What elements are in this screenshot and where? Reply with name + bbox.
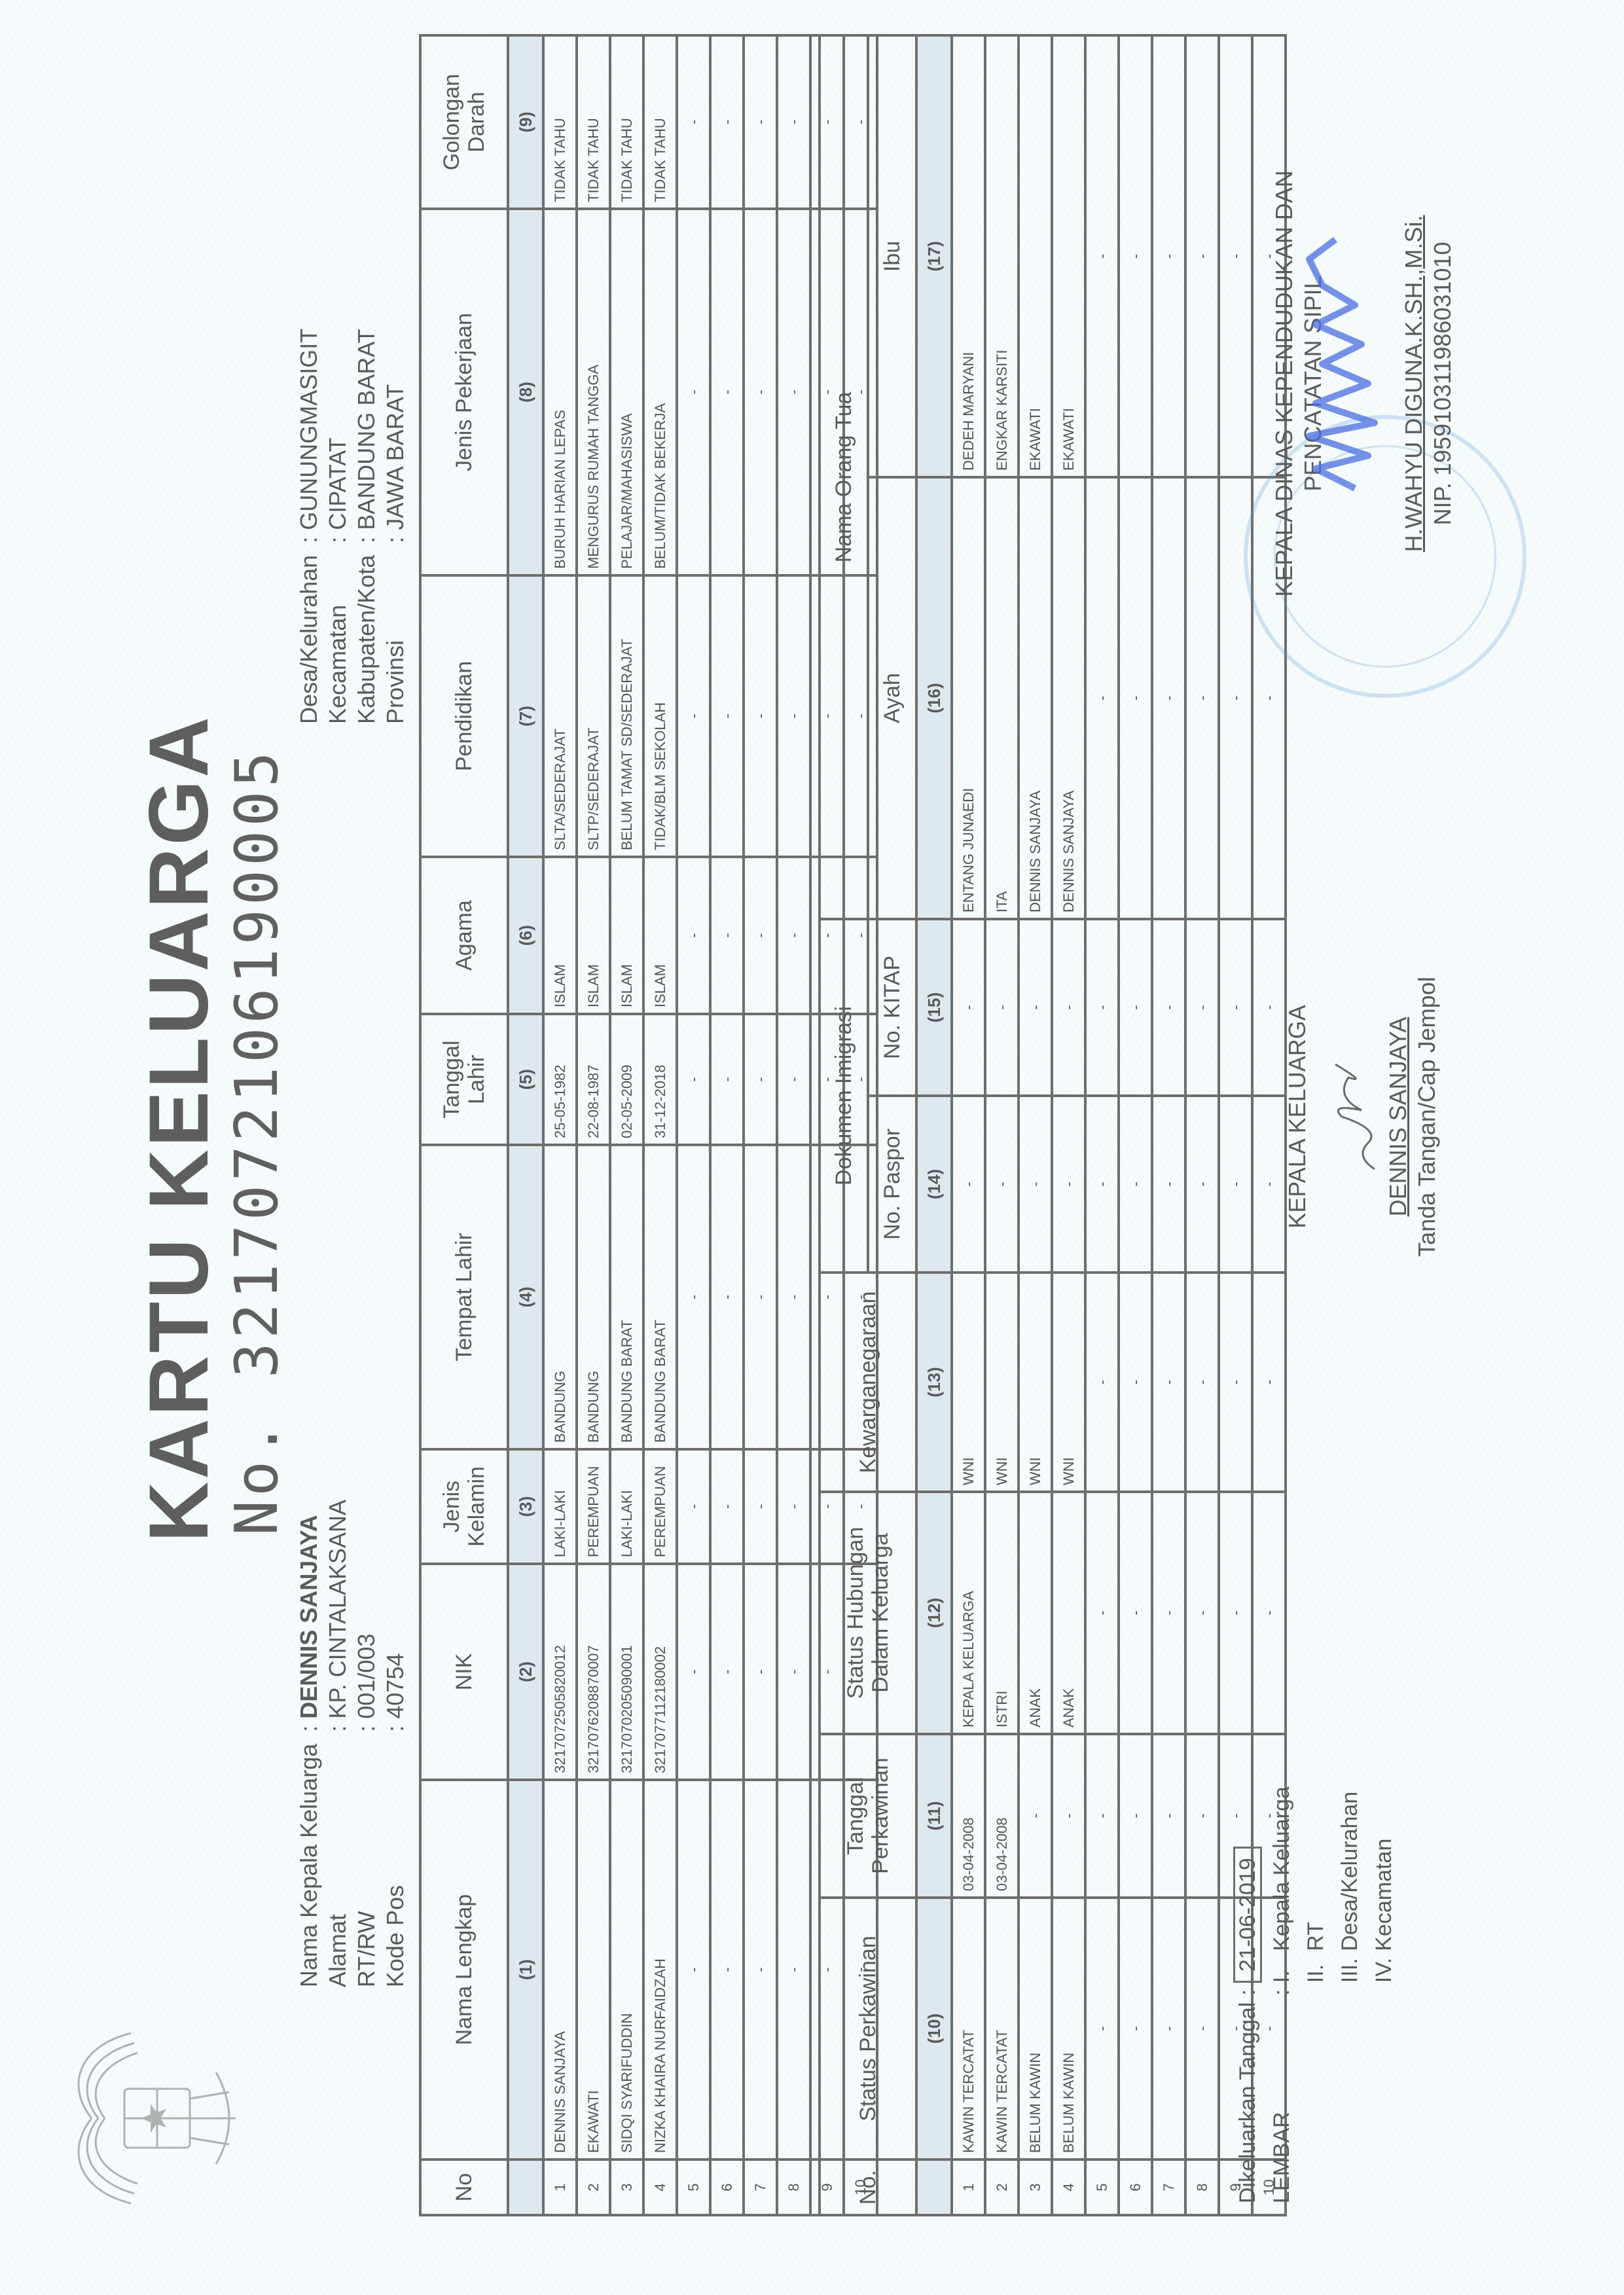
table-cell: -	[1185, 1096, 1219, 1273]
table-cell: 6	[710, 2159, 744, 2215]
table-cell: 3217076208870007	[577, 1564, 610, 1780]
info-label: Alamat	[323, 1739, 352, 1987]
table-cell: -	[710, 575, 744, 857]
table-cell: DENNIS SANJAYA	[1019, 477, 1052, 919]
table-row: 8--------	[1185, 35, 1219, 2215]
table-cell: -	[677, 209, 710, 575]
table-row: 5---------	[677, 35, 710, 2215]
table-cell: PEREMPUAN	[643, 1449, 677, 1564]
info-label: Desa/Kelurahan	[295, 550, 323, 724]
table-cell: -	[1085, 919, 1119, 1096]
info-value-provinsi: JAWA BARAT	[381, 323, 410, 530]
table-cell: 03-04-2008	[952, 1734, 985, 1898]
col-header: Status Perkawinan	[820, 1898, 916, 2159]
table-cell: TIDAK TAHU	[577, 35, 610, 209]
col-number: (1)	[508, 1780, 543, 2159]
table-cell: -	[710, 1014, 744, 1145]
table-cell: -	[744, 209, 777, 575]
col-number	[508, 2159, 543, 2215]
table-cell: ENTANG JUNAEDI	[952, 477, 985, 919]
table-cell: DENNIS SANJAYA	[1052, 477, 1085, 919]
info-label: Kode Pos	[381, 1739, 410, 1987]
table-cell: -	[1052, 919, 1085, 1096]
table-row: 5--------	[1085, 35, 1119, 2215]
table-cell: BANDUNG BARAT	[610, 1145, 643, 1449]
table-cell: PEREMPUAN	[577, 1449, 610, 1564]
table-cell: -	[744, 575, 777, 857]
col-number: (5)	[508, 1014, 543, 1145]
table-cell: -	[1019, 919, 1052, 1096]
table-cell: 02-05-2009	[610, 1014, 643, 1145]
table-cell: -	[1219, 1273, 1252, 1492]
table-cell: -	[952, 1096, 985, 1273]
table-cell: 8	[1185, 2159, 1219, 2215]
table-cell: -	[1219, 919, 1252, 1096]
col-number: (12)	[916, 1492, 952, 1734]
col-number: (10)	[916, 1898, 952, 2159]
table-cell: 3	[1019, 2159, 1052, 2215]
table-cell: -	[777, 575, 810, 857]
table-cell: 5	[677, 2159, 710, 2215]
official-name: H.WAHYU DIGUNA.K.SH.,M.Si.	[1399, 96, 1428, 672]
table-cell: -	[677, 1145, 710, 1449]
table-cell: -	[1185, 919, 1219, 1096]
table-cell: TIDAK TAHU	[643, 35, 677, 209]
group-header-dokumen: Dokumen Imigrasi	[820, 919, 868, 1273]
table-cell: -	[1119, 35, 1152, 477]
table-cell: -	[1085, 477, 1119, 919]
col-number: (4)	[508, 1145, 543, 1449]
table-cell: -	[1119, 1734, 1152, 1898]
table-cell: -	[744, 1449, 777, 1564]
table-row: 6--------	[1119, 35, 1152, 2215]
table-row: 1KAWIN TERCATAT03-04-2008KEPALA KELUARGA…	[952, 35, 985, 2215]
table-cell: 25-05-1982	[543, 1014, 577, 1145]
lembar-num: IV.	[1367, 1951, 1401, 1983]
col-header: Tanggal Lahir	[420, 1014, 508, 1145]
col-number: (8)	[508, 209, 543, 575]
table-cell: EKAWATI	[1019, 35, 1052, 477]
table-cell: MENGURUS RUMAH TANGGA	[577, 209, 610, 575]
family-head-title: KEPALA KELUARGA	[1283, 933, 1312, 1300]
col-header: Nama Lengkap	[420, 1780, 508, 2159]
table-cell: -	[985, 1096, 1019, 1273]
table-cell: -	[1152, 35, 1185, 477]
table-cell: -	[1019, 1096, 1052, 1273]
col-number	[916, 2159, 952, 2215]
table-cell: 3217070205090001	[610, 1564, 643, 1780]
table-cell: -	[1085, 1734, 1119, 1898]
official-handwritten-signature-icon	[1296, 233, 1394, 495]
col-header: Jenis Pekerjaan	[420, 209, 508, 575]
family-head-name: DENNIS SANJAYA	[1384, 933, 1413, 1300]
table-row: 3SIDQI SYARIFUDDIN3217070205090001LAKI-L…	[610, 35, 643, 2215]
table-cell: BANDUNG BARAT	[643, 1145, 677, 1449]
table-cell: -	[952, 919, 985, 1096]
table-cell: LAKI-LAKI	[610, 1449, 643, 1564]
table-cell: 4	[643, 2159, 677, 2215]
lembar-item: Kepala Keluarga	[1265, 1780, 1299, 1951]
lembar-item: Kecamatan	[1367, 1780, 1401, 1951]
table-cell: KAWIN TERCATAT	[952, 1898, 985, 2159]
table-cell: ANAK	[1019, 1492, 1052, 1734]
table-cell: -	[1019, 1734, 1052, 1898]
table-cell: -	[1185, 1273, 1219, 1492]
table-cell: 31-12-2018	[643, 1014, 677, 1145]
table-row: 3BELUM KAWIN-ANAKWNI--DENNIS SANJAYAEKAW…	[1019, 35, 1052, 2215]
table-cell: ISLAM	[610, 857, 643, 1014]
lembar-num: I.	[1265, 1951, 1299, 1983]
family-members-table: NoNama LengkapNIKJenis KelaminTempat Lah…	[419, 34, 878, 2216]
table-cell: ITA	[985, 477, 1019, 919]
document-title: KARTU KELUARGA	[131, 714, 227, 1542]
table-cell: -	[710, 1564, 744, 1780]
table-cell: -	[777, 1449, 810, 1564]
col-number: (2)	[508, 1564, 543, 1780]
table-cell: -	[1252, 1273, 1286, 1492]
table-cell: 7	[1152, 2159, 1185, 2215]
table-cell: WNI	[1019, 1273, 1052, 1492]
table-cell: -	[1152, 1898, 1185, 2159]
lembar-item: Desa/Kelurahan	[1333, 1780, 1367, 1951]
table-cell: -	[677, 1014, 710, 1145]
table-cell: -	[1085, 35, 1119, 477]
table-cell: 6	[1119, 2159, 1152, 2215]
table-cell: DEDEH MARYANI	[952, 35, 985, 477]
table-cell: 1	[952, 2159, 985, 2215]
table-cell: -	[677, 35, 710, 209]
table-cell: -	[677, 857, 710, 1014]
table-cell: BELUM KAWIN	[1052, 1898, 1085, 2159]
table-row: 4BELUM KAWIN-ANAKWNI--DENNIS SANJAYAEKAW…	[1052, 35, 1085, 2215]
table-cell: 22-08-1987	[577, 1014, 610, 1145]
table-cell: WNI	[985, 1273, 1019, 1492]
col-header: Agama	[420, 857, 508, 1014]
table-cell: 3217077112180002	[643, 1564, 677, 1780]
garuda-emblem-icon	[52, 2020, 268, 2216]
col-header: Ayah	[868, 477, 916, 919]
info-value-kecamatan: CIPATAT	[323, 323, 352, 530]
kartu-keluarga-document: KARTU KELUARGA No. 3217072106190005 Nama…	[0, 0, 1624, 2295]
lembar-item: RT	[1299, 1780, 1333, 1951]
table-cell: BELUM/TIDAK BEKERJA	[643, 209, 677, 575]
col-number: (14)	[916, 1096, 952, 1273]
col-header: Kewarganegaraan	[820, 1273, 916, 1492]
table-cell: BELUM KAWIN	[1019, 1898, 1052, 2159]
table-cell: EKAWATI	[1052, 35, 1085, 477]
info-value-rtrw: 001/003	[352, 1494, 381, 1719]
table-cell: PELAJAR/MAHASISWA	[610, 209, 643, 575]
table-cell: -	[744, 1014, 777, 1145]
table-cell: -	[1085, 1096, 1119, 1273]
col-header: NIK	[420, 1564, 508, 1780]
table-cell: SLTA/SEDERAJAT	[543, 575, 577, 857]
col-header: Status Hubungan Dalam Keluarga	[820, 1492, 916, 1734]
col-header: Tempat Lahir	[420, 1145, 508, 1449]
table-cell: -	[744, 1145, 777, 1449]
table-cell: TIDAK TAHU	[610, 35, 643, 209]
table-cell: DENNIS SANJAYA	[543, 1780, 577, 2159]
table-cell: BURUH HARIAN LEPAS	[543, 209, 577, 575]
table-cell: TIDAK TAHU	[543, 35, 577, 209]
table-cell: 3217072505820012	[543, 1564, 577, 1780]
table-row: 7---------	[744, 35, 777, 2215]
table-cell: -	[1152, 1734, 1185, 1898]
table-cell: TIDAK/BLM SEKOLAH	[643, 575, 677, 857]
table-cell: -	[710, 35, 744, 209]
table-cell: EKAWATI	[577, 1780, 610, 2159]
official-nip: NIP. 195910311986031010	[1428, 96, 1457, 672]
table-cell: 5	[1085, 2159, 1119, 2215]
info-value-address: KP. CINTALAKSANA	[323, 1494, 352, 1719]
info-label: Nama Kepala Keluarga	[295, 1739, 323, 1987]
info-value-postal: 40754	[381, 1494, 410, 1719]
table-cell: -	[1119, 1898, 1152, 2159]
col-header: Jenis Kelamin	[420, 1449, 508, 1564]
table-cell: 4	[1052, 2159, 1085, 2215]
table-cell: ISLAM	[577, 857, 610, 1014]
kk-number: No. 3217072106190005	[223, 748, 291, 1536]
table-cell: -	[1152, 919, 1185, 1096]
table-cell: -	[1185, 1898, 1219, 2159]
table-cell: BANDUNG	[543, 1145, 577, 1449]
table-cell: -	[1052, 1734, 1085, 1898]
table-cell: -	[744, 857, 777, 1014]
table-cell: -	[1185, 1734, 1219, 1898]
table-cell: -	[1085, 1492, 1119, 1734]
table-cell: -	[677, 1564, 710, 1780]
table-cell: -	[1152, 1096, 1185, 1273]
table-row: 8---------	[777, 35, 810, 2215]
table-cell: -	[1085, 1273, 1119, 1492]
col-number: (3)	[508, 1449, 543, 1564]
col-header: No	[420, 2159, 508, 2215]
table-cell: -	[1185, 35, 1219, 477]
col-number: (9)	[508, 35, 543, 209]
table-cell: -	[710, 209, 744, 575]
table-cell: ISTRI	[985, 1492, 1019, 1734]
col-header: Pendidikan	[420, 575, 508, 857]
col-number: (17)	[916, 35, 952, 477]
table-cell: -	[777, 209, 810, 575]
table-cell: ISLAM	[643, 857, 677, 1014]
table-cell: 2	[985, 2159, 1019, 2215]
household-info-left: Nama Kepala Keluarga:DENNIS SANJAYA Alam…	[295, 1494, 410, 1987]
table-cell: ANAK	[1052, 1492, 1085, 1734]
table-cell: -	[1152, 477, 1185, 919]
table-cell: -	[1119, 1096, 1152, 1273]
table-cell: -	[1219, 1492, 1252, 1734]
table-cell: KAWIN TERCATAT	[985, 1898, 1019, 2159]
table-cell: BANDUNG	[577, 1145, 610, 1449]
table-cell: -	[677, 575, 710, 857]
table-cell: -	[1152, 1492, 1185, 1734]
table-cell: -	[1185, 477, 1219, 919]
signature-caption: Tanda Tangan/Cap Jempol	[1413, 933, 1441, 1300]
table-row: 2KAWIN TERCATAT03-04-2008ISTRIWNI--ITAEN…	[985, 35, 1019, 2215]
table-row: 1DENNIS SANJAYA3217072505820012LAKI-LAKI…	[543, 35, 577, 2215]
table-cell: -	[744, 35, 777, 209]
table-cell: NIZKA KHAIRA NURFAIDZAH	[643, 1780, 677, 2159]
table-cell: -	[985, 919, 1019, 1096]
info-label: Kabupaten/Kota	[352, 550, 381, 724]
table-cell: -	[1119, 1492, 1152, 1734]
info-label: Provinsi	[381, 550, 410, 724]
table-cell: -	[710, 1780, 744, 2159]
col-header: No. Paspor	[868, 1096, 916, 1273]
info-label: RT/RW	[352, 1739, 381, 1987]
col-header: No. KITAP	[868, 919, 916, 1096]
table-cell: -	[677, 1780, 710, 2159]
table-cell: 3	[610, 2159, 643, 2215]
table-cell: SLTP/SEDERAJAT	[577, 575, 610, 857]
table-cell: -	[777, 857, 810, 1014]
col-number: (11)	[916, 1734, 952, 1898]
table-cell: -	[1185, 1492, 1219, 1734]
table-cell: -	[1252, 919, 1286, 1096]
table-cell: -	[1252, 1492, 1286, 1734]
table-cell: -	[1252, 1096, 1286, 1273]
col-number: (7)	[508, 575, 543, 857]
table-cell: -	[710, 857, 744, 1014]
table-cell: -	[1119, 477, 1152, 919]
col-number: (6)	[508, 857, 543, 1014]
table-row: 7--------	[1152, 35, 1185, 2215]
lembar-num: III.	[1333, 1951, 1367, 1983]
table-cell: -	[777, 1014, 810, 1145]
table-cell: WNI	[952, 1273, 985, 1492]
col-header: Ibu	[868, 35, 916, 477]
table-cell: -	[1219, 1096, 1252, 1273]
table-cell: -	[777, 1145, 810, 1449]
table-cell: -	[777, 1564, 810, 1780]
table-cell: -	[1119, 919, 1152, 1096]
table-cell: -	[744, 1780, 777, 2159]
handwritten-signature-icon	[1316, 1051, 1388, 1182]
col-number: (15)	[916, 919, 952, 1096]
col-header: Tanggal Perkawinan	[820, 1734, 916, 1898]
group-header-orang-tua: Nama Orang Tua	[820, 35, 868, 919]
info-label: Kecamatan	[323, 550, 352, 724]
issued-date: 21-06-2019	[1233, 1847, 1262, 1983]
table-cell: 03-04-2008	[985, 1734, 1019, 1898]
issue-info: Dikeluarkan Tanggal : 21-06-2019 LEMBAR …	[1231, 1780, 1401, 2203]
table-cell: -	[744, 1564, 777, 1780]
table-cell: -	[777, 1780, 810, 2159]
info-value-head-name: DENNIS SANJAYA	[295, 1494, 323, 1719]
info-value-kabupaten: BANDUNG BARAT	[352, 323, 381, 530]
lembar-num: II.	[1299, 1951, 1333, 1983]
table-cell: -	[677, 1449, 710, 1564]
table-cell: -	[777, 35, 810, 209]
table-cell: ENGKAR KARSITI	[985, 35, 1019, 477]
table-cell: -	[1152, 1273, 1185, 1492]
table-cell: -	[1119, 1273, 1152, 1492]
info-value-desa: GUNUNGMASIGIT	[295, 323, 323, 530]
table-cell: KEPALA KELUARGA	[952, 1492, 985, 1734]
table-cell: -	[710, 1449, 744, 1564]
table-cell: -	[1085, 1898, 1119, 2159]
official-title-line1: KEPALA DINAS KEPENDUDUKAN DAN	[1270, 96, 1299, 672]
issued-label: Dikeluarkan Tanggal	[1231, 1996, 1265, 2203]
table-cell: ISLAM	[543, 857, 577, 1014]
col-header: No.	[820, 2159, 916, 2215]
table-cell: 2	[577, 2159, 610, 2215]
family-head-signature-block: KEPALA KELUARGA DENNIS SANJAYA Tanda Tan…	[1283, 933, 1441, 1300]
col-header: Golongan Darah	[420, 35, 508, 209]
table-cell: -	[1219, 35, 1252, 477]
col-number: (13)	[916, 1273, 952, 1492]
table-row: 6---------	[710, 35, 744, 2215]
table-cell: 7	[744, 2159, 777, 2215]
table-row: 2EKAWATI3217076208870007PEREMPUANBANDUNG…	[577, 35, 610, 2215]
lembar-label: LEMBAR	[1265, 1996, 1299, 2203]
table-cell: WNI	[1052, 1273, 1085, 1492]
household-info-right: Desa/Kelurahan:GUNUNGMASIGIT Kecamatan:C…	[295, 323, 410, 724]
table-cell: 1	[543, 2159, 577, 2215]
table-cell: -	[1052, 1096, 1085, 1273]
table-row: 4NIZKA KHAIRA NURFAIDZAH3217077112180002…	[643, 35, 677, 2215]
table-cell: SIDQI SYARIFUDDIN	[610, 1780, 643, 2159]
table-cell: LAKI-LAKI	[543, 1449, 577, 1564]
table-cell: 8	[777, 2159, 810, 2215]
col-number: (16)	[916, 477, 952, 919]
family-status-table: No. Status Perkawinan Tanggal Perkawinan…	[818, 34, 1287, 2216]
table-cell: -	[710, 1145, 744, 1449]
table-cell: BELUM TAMAT SD/SEDERAJAT	[610, 575, 643, 857]
